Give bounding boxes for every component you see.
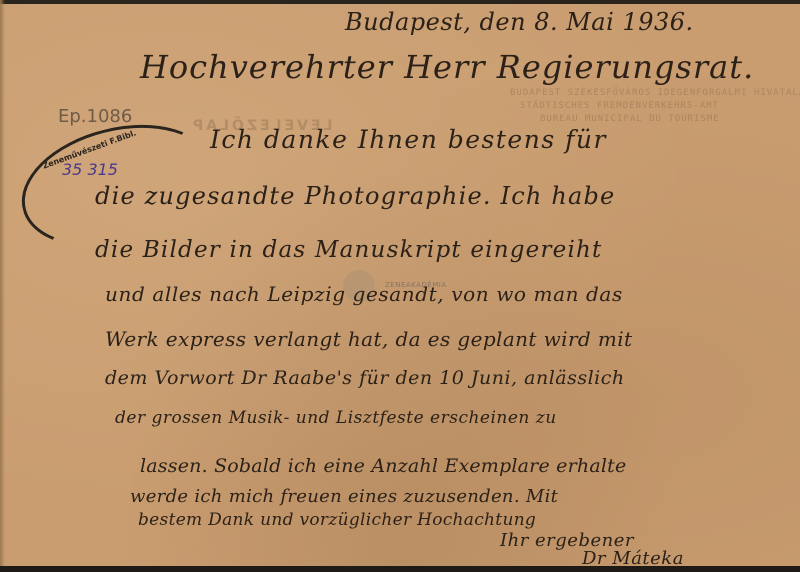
letter-line: Ich danke Ihnen bestens für xyxy=(210,125,607,154)
letter-line: und alles nach Leipzig gesandt, von wo m… xyxy=(105,282,623,306)
letter-line: der grossen Musik- und Lisztfeste ersche… xyxy=(115,408,557,428)
letter-postcard: LEVELEZŐLAP BUDAPEST SZÉKESFŐVÁROS IDEGE… xyxy=(0,0,800,566)
paper-left-edge xyxy=(0,0,5,566)
scan-top-edge xyxy=(0,0,800,4)
letter-line: bestem Dank und vorzüglicher Hochachtung xyxy=(138,510,536,530)
letter-line: Werk express verlangt hat, da es geplant… xyxy=(105,327,632,351)
letter-line: die Bilder in das Manuskript eingereiht xyxy=(95,237,602,263)
signature: Dr Máteka xyxy=(582,548,684,569)
printed-line: BUREAU MUNICIPAL DU TOURISME xyxy=(540,114,720,124)
place-date: Budapest, den 8. Mai 1936. xyxy=(345,8,694,36)
shelfmark: Ep.1086 xyxy=(58,106,132,127)
letter-line: dem Vorwort Dr Raabe's für den 10 Juni, … xyxy=(105,367,625,389)
printed-line: BUDAPEST SZÉKESFŐVÁROS IDEGENFORGALMI HI… xyxy=(510,88,800,98)
salutation: Hochverehrter Herr Regierungsrat. xyxy=(140,48,754,86)
letter-line: lassen. Sobald ich eine Anzahl Exemplare… xyxy=(140,455,626,477)
letter-line: werde ich mich freuen eines zuzusenden. … xyxy=(130,486,558,507)
inventory-number: 35 315 xyxy=(62,160,118,179)
printed-line: STÄDTISCHES FREMDENVERKEHRS-AMT xyxy=(520,101,719,111)
letter-line: die zugesandte Photographie. Ich habe xyxy=(95,182,615,210)
